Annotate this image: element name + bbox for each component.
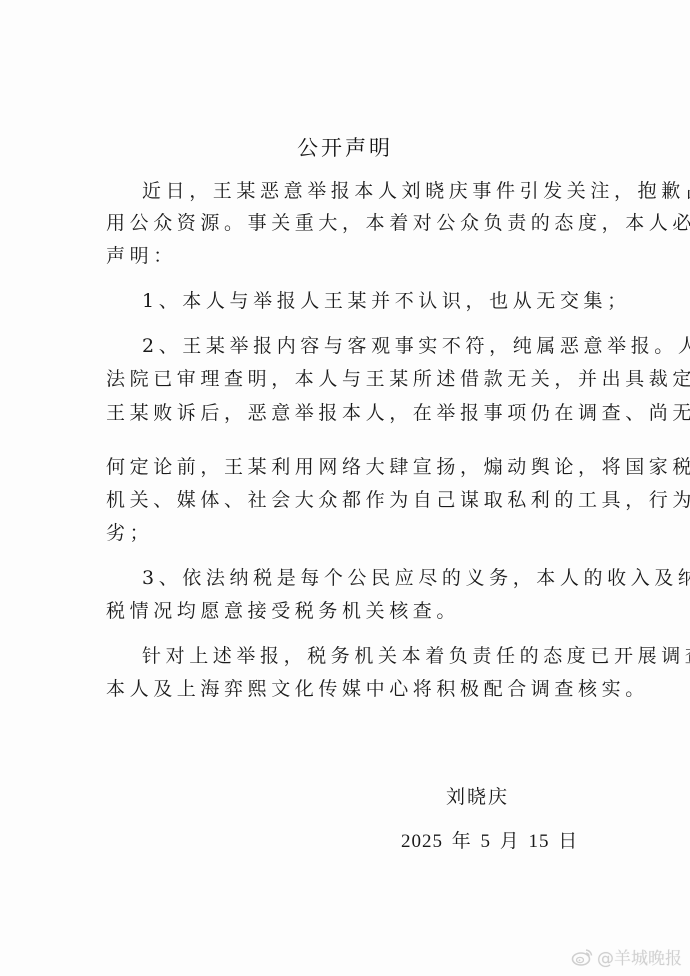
- text-line: 王某败诉后，恶意举报本人，在举报事项仍在调查、尚无任: [106, 400, 596, 426]
- text-line: 何定论前，王某利用网络大肆宣扬，煽动舆论，将国家税务: [106, 454, 596, 480]
- document-title: 公开声明: [0, 132, 690, 162]
- text-line: 法院已审理查明，本人与王某所述借款无关，并出具裁定书。: [106, 366, 596, 392]
- watermark-text: @羊城晚报: [597, 944, 682, 969]
- document-page: 公开声明 近日，王某恶意举报本人刘晓庆事件引发关注，抱歉占用公众资源。事关重大，…: [0, 0, 690, 976]
- text-line: 3、依法纳税是每个公民应尽的义务，本人的收入及纳: [142, 565, 632, 591]
- text-line: 机关、媒体、社会大众都作为自己谋取私利的工具，行为恶: [106, 487, 596, 513]
- text-line: 近日，王某恶意举报本人刘晓庆事件引发关注，抱歉占: [142, 178, 632, 204]
- watermark: @羊城晚报: [571, 944, 682, 969]
- date: 2025 年 5 月 15 日: [401, 826, 578, 853]
- text-line: 声明：: [106, 243, 596, 269]
- text-line: 1、本人与举报人王某并不认识，也从无交集；: [142, 288, 632, 314]
- signature: 刘晓庆: [446, 782, 509, 809]
- text-line: 针对上述举报，税务机关本着负责任的态度已开展调查，: [142, 643, 632, 669]
- text-line: 用公众资源。事关重大，本着对公众负责的态度，本人必须: [106, 210, 596, 236]
- text-line: 劣；: [106, 520, 596, 546]
- text-line: 税情况均愿意接受税务机关核查。: [106, 598, 596, 624]
- weibo-icon: [571, 948, 593, 966]
- text-line: 本人及上海弈熙文化传媒中心将积极配合调查核实。: [106, 676, 596, 702]
- text-line: 2、王某举报内容与客观事实不符，纯属恶意举报。人民: [142, 333, 632, 359]
